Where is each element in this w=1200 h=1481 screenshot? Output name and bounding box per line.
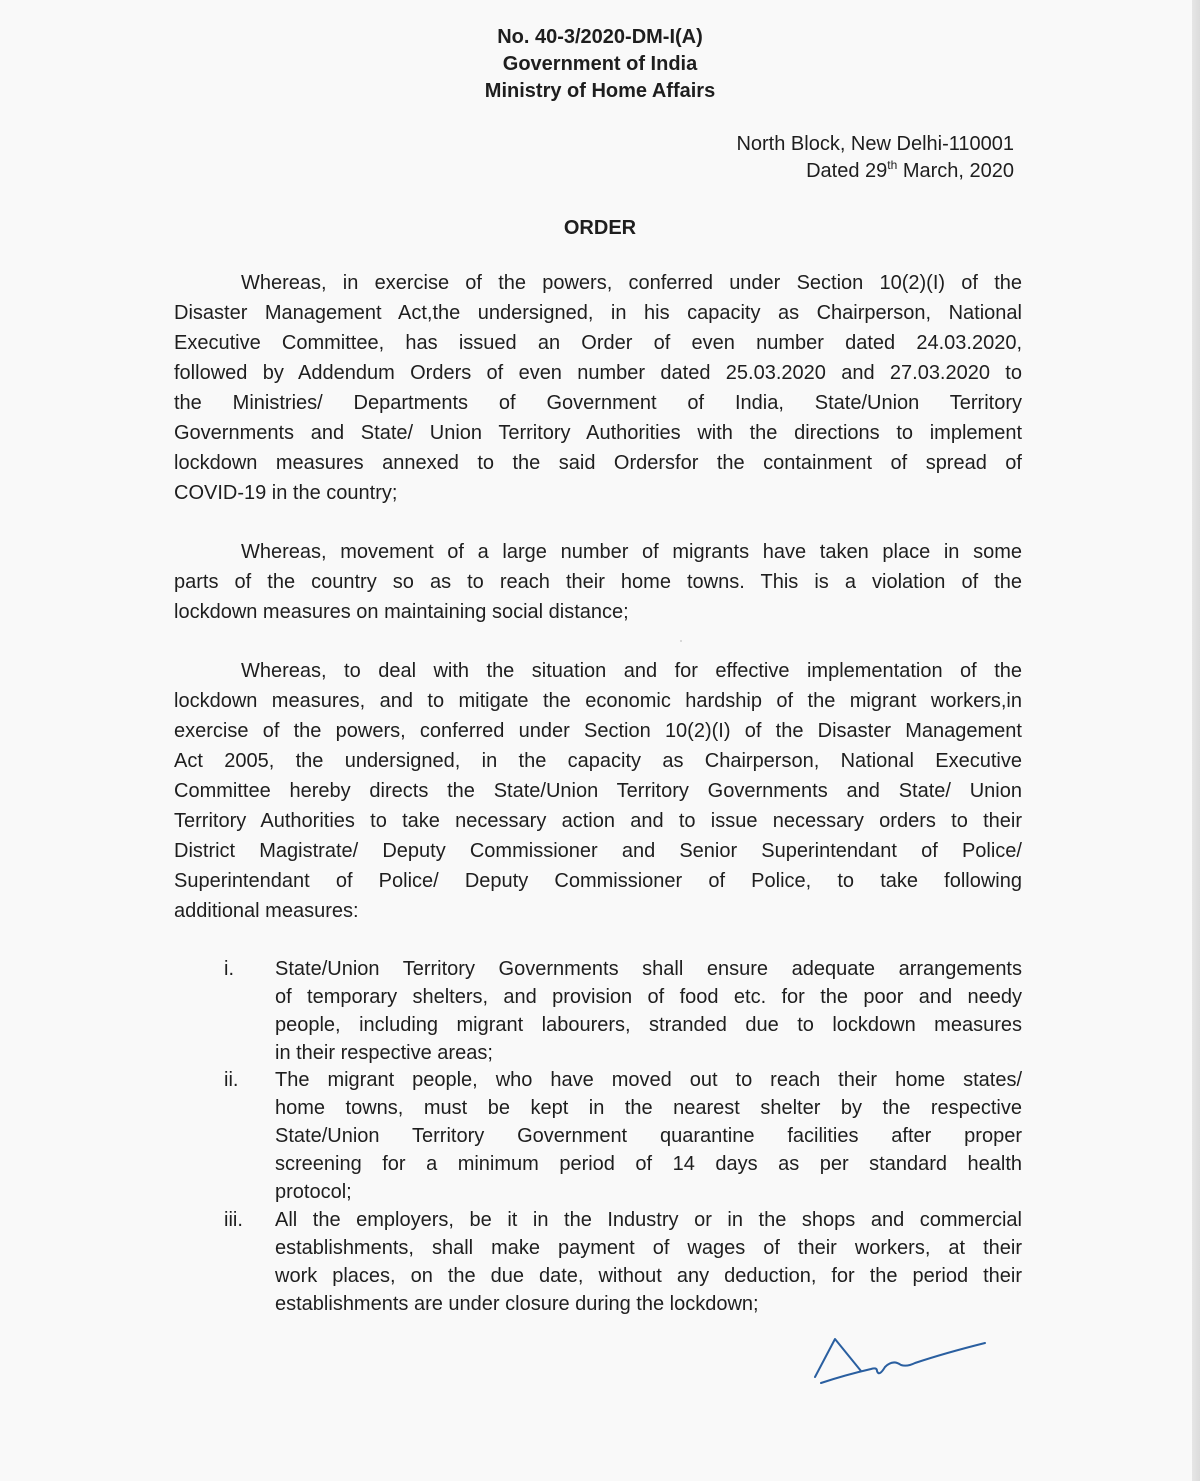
order-title: ORDER	[0, 217, 1200, 240]
paragraph-line: followed by Addendum Orders of even numb…	[174, 358, 1022, 388]
signature-icon	[805, 1325, 995, 1405]
government-name: Government of India	[0, 51, 1200, 78]
paragraph-line: Governments and State/ Union Territory A…	[174, 418, 1022, 448]
address-block: North Block, New Delhi-110001 Dated 29th…	[736, 131, 1014, 185]
measure-numeral: ii.	[224, 1066, 264, 1094]
measure-numeral: iii.	[224, 1206, 264, 1234]
paragraph-line: lockdown measures, and to mitigate the e…	[174, 686, 1022, 716]
paragraph-line: District Magistrate/ Deputy Commissioner…	[174, 836, 1022, 866]
paragraph-line: parts of the country so as to reach thei…	[174, 567, 1022, 597]
paragraph-line: Whereas, movement of a large number of m…	[174, 537, 1022, 567]
paragraph-line: Territory Authorities to take necessary …	[174, 806, 1022, 836]
paragraph-line: Committee hereby directs the State/Union…	[174, 776, 1022, 806]
measure-numeral: i.	[224, 955, 264, 983]
measure-text: State/Union Territory Governments shall …	[275, 955, 1022, 1067]
paragraph-line: the Ministries/ Departments of Governmen…	[174, 388, 1022, 418]
paragraph-line: exercise of the powers, conferred under …	[174, 716, 1022, 746]
ministry-name: Ministry of Home Affairs	[0, 78, 1200, 105]
paragraph-1: Whereas, in exercise of the powers, conf…	[174, 268, 1022, 508]
paragraph-line: Whereas, in exercise of the powers, conf…	[174, 268, 1022, 298]
measure-text: All the employers, be it in the Industry…	[275, 1206, 1022, 1318]
paragraph-line: lockdown measures on maintaining social …	[174, 597, 1022, 627]
paragraph-line: Act 2005, the undersigned, in the capaci…	[174, 746, 1022, 776]
paragraph-line: Disaster Management Act,the undersigned,…	[174, 298, 1022, 328]
measure-text: The migrant people, who have moved out t…	[275, 1066, 1022, 1206]
reference-number: No. 40-3/2020-DM-I(A)	[0, 24, 1200, 51]
paragraph-line: Executive Committee, has issued an Order…	[174, 328, 1022, 358]
location-line: North Block, New Delhi-110001	[736, 131, 1014, 158]
page-edge	[1192, 0, 1200, 1481]
paragraph-line: Whereas, to deal with the situation and …	[174, 656, 1022, 686]
paragraph-3: Whereas, to deal with the situation and …	[174, 656, 1022, 926]
paragraph-line: COVID-19 in the country;	[174, 478, 1022, 508]
paragraph-line: additional measures:	[174, 896, 1022, 926]
document-header: No. 40-3/2020-DM-I(A) Government of Indi…	[0, 24, 1200, 105]
paragraph-line: lockdown measures annexed to the said Or…	[174, 448, 1022, 478]
date-line: Dated 29th March, 2020	[736, 158, 1014, 185]
scan-speck	[680, 640, 682, 642]
document-page: No. 40-3/2020-DM-I(A) Government of Indi…	[0, 0, 1192, 1481]
paragraph-2: Whereas, movement of a large number of m…	[174, 537, 1022, 627]
paragraph-line: Superintendant of Police/ Deputy Commiss…	[174, 866, 1022, 896]
